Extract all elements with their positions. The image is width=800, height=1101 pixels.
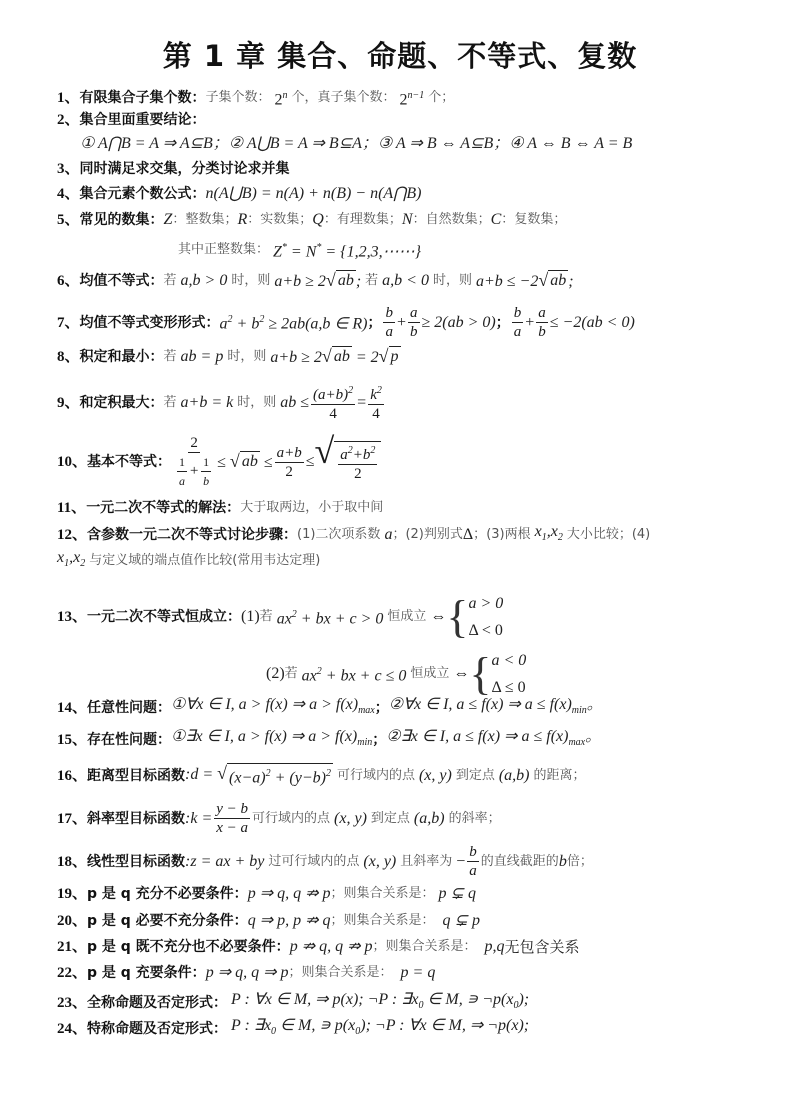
math: Z (164, 210, 173, 230)
item-heading: 集合里面重要结论： (80, 110, 206, 130)
item-13: 13、 一元二次不等式恒成立： (1)若 ax2 + bx + c > 0 恒成… (57, 590, 503, 644)
item-heading: 距离型目标函数 (87, 766, 185, 786)
item-number: 21、 (57, 937, 87, 957)
item-number: 15、 (57, 730, 87, 750)
item-heading: 含参数一元二次不等式讨论步骤： (87, 525, 297, 545)
math: 2n−1 (396, 86, 429, 110)
item-number: 16、 (57, 766, 87, 786)
item-15: 15、 存在性问题： ①∃x ∈ I, a > f(x) ⇒ a > f(x)m… (57, 727, 601, 753)
item-text: 实数集 (260, 210, 299, 230)
item-text: 个，真子集个数： (292, 88, 396, 108)
item-text: 整数集 (185, 210, 224, 230)
item-2-formula: ① A⋂B = A ⇒ A⊆B；② A⋃B = A ⇒ B⊆A；③ A ⇒ B … (80, 134, 632, 154)
item-11: 11、 一元二次不等式的解法： 大于取两边，小于取中间 (57, 498, 383, 518)
item-7: 7、 均值不等式变形形式： a2 + b2 ≥ 2ab(a,b ∈ R)； ba… (57, 304, 635, 341)
item-heading: 全称命题及否定形式： (87, 993, 227, 1013)
item-text: 其中正整数集： (178, 240, 269, 260)
math: a2 + b2 ≥ 2ab(a,b ∈ R) (220, 310, 368, 334)
item-heading: p 是 q 既不充分也不必要条件： (87, 937, 290, 957)
item-heading: 均值不等式变形形式： (80, 313, 220, 333)
item-number: 4、 (57, 184, 80, 204)
item-4: 4、 集合元素个数公式： n(A⋃B) = n(A) + n(B) − n(A⋂… (57, 184, 421, 204)
item-number: 5、 (57, 210, 80, 230)
item-number: 17、 (57, 809, 87, 829)
item-number: 6、 (57, 271, 80, 291)
math: n(A⋃B) = n(A) + n(B) − n(A⋂B) (206, 184, 422, 204)
item-heading: p 是 q 充分不必要条件： (87, 884, 248, 904)
item-12: 12、 含参数一元二次不等式讨论步骤： (1)二次项系数 a； (2)判别式Δ；… (57, 522, 650, 548)
item-heading: 集合元素个数公式： (80, 184, 206, 204)
item-heading: 特称命题及否定形式： (87, 1019, 227, 1039)
item-heading: 存在性问题： (87, 730, 171, 750)
item-heading: p 是 q 充要条件： (87, 963, 206, 983)
item-text: 复数集 (514, 210, 553, 230)
item-number: 13、 (57, 607, 87, 627)
item-8: 8、 积定和最小： 若 ab = p 时，则 a+b ≥ 2√ab = 2√p (57, 346, 401, 368)
item-number: 24、 (57, 1019, 87, 1039)
item-number: 10、 (57, 452, 87, 472)
item-heading: 同时满足求交集，分类讨论求并集 (80, 159, 290, 179)
item-number: 11、 (57, 498, 86, 518)
item-number: 19、 (57, 884, 87, 904)
item-21: 21、 p 是 q 既不充分也不必要条件： p ⇏ q, q ⇏ p；则集合关系… (57, 937, 580, 957)
item-1: 1、 有限集合子集个数： 子集个数： 2n 个，真子集个数： 2n−1 个； (57, 86, 454, 110)
item-16: 16、 距离型目标函数 :d = √(x−a)2 + (y−b)2 可行域内的点… (57, 763, 586, 788)
item-2: 2、 集合里面重要结论： (57, 110, 206, 130)
item-14: 14、 任意性问题： ①∀x ∈ I, a > f(x) ⇒ a > f(x)m… (57, 695, 603, 721)
item-19: 19、 p 是 q 充分不必要条件： p ⇒ q, q ⇏ p；则集合关系是： … (57, 884, 476, 904)
item-23: 23、 全称命题及否定形式： P : ∀x ∈ M, ⇒ p(x); ¬P : … (57, 990, 529, 1016)
item-heading: 基本不等式： (87, 452, 171, 472)
item-text: 与定义域的端点值作比较(常用韦达定理) (89, 551, 320, 571)
item-number: 23、 (57, 993, 87, 1013)
math: ① A⋂B = A ⇒ A⊆B；② A⋃B = A ⇒ B⊆A；③ A ⇒ B … (80, 134, 632, 154)
item-heading: 任意性问题： (87, 698, 171, 718)
item-number: 3、 (57, 159, 80, 179)
item-13-cont: (2)若 ax2 + bx + c ≤ 0 恒成立 ⇔ {a < 0Δ ≤ 0 (266, 647, 526, 701)
math: 2n (271, 86, 292, 110)
item-number: 8、 (57, 347, 80, 367)
item-number: 12、 (57, 525, 87, 545)
item-9: 9、 和定积最大： 若 a+b = k 时，则 ab ≤(a+b)24=k24 (57, 382, 386, 423)
item-text: 子集个数： (206, 88, 271, 108)
item-number: 9、 (57, 393, 80, 413)
math: R (237, 210, 247, 230)
item-heading: 线性型目标函数 (87, 852, 185, 872)
item-heading: p 是 q 必要不充分条件： (87, 911, 248, 931)
item-6: 6、 均值不等式： 若 a,b > 0 时，则 a+b ≥ 2√ab; 若 a,… (57, 270, 574, 292)
item-heading: 斜率型目标函数 (87, 809, 185, 829)
document-page: 第 1 章 集合、命题、不等式、复数 1、 有限集合子集个数： 子集个数： 2n… (0, 0, 800, 1101)
item-text: 自然数集 (426, 210, 478, 230)
item-number: 14、 (57, 698, 87, 718)
item-3: 3、 同时满足求交集，分类讨论求并集 (57, 159, 290, 179)
item-number: 7、 (57, 313, 80, 333)
item-number: 18、 (57, 852, 87, 872)
item-text: 有理数集 (337, 210, 389, 230)
item-10: 10、 基本不等式： 21a+1b ≤ √ab ≤ a+b2 ≤ √a2+b22 (57, 434, 381, 490)
item-heading: 均值不等式： (80, 271, 164, 291)
item-5: 5、 常见的数集： Z：整数集； R：实数集； Q：有理数集； N：自然数集； … (57, 210, 566, 230)
math: C (491, 210, 502, 230)
math: a,b > 0 (177, 271, 232, 291)
item-number: 1、 (57, 88, 80, 108)
page-title: 第 1 章 集合、命题、不等式、复数 (0, 34, 800, 75)
item-number: 22、 (57, 963, 87, 983)
math: Q (312, 210, 324, 230)
item-17: 17、 斜率型目标函数 :k =y − bx − a 可行域内的点 (x, y)… (57, 800, 501, 837)
item-24: 24、 特称命题及否定形式： P : ∃x0 ∈ M, ∍ p(x0); ¬P … (57, 1016, 529, 1042)
item-5-cont: 其中正整数集： Z* = N* = {1,2,3,⋯⋯} (178, 238, 421, 262)
item-heading: 有限集合子集个数： (80, 88, 206, 108)
math: N (402, 210, 413, 230)
item-heading: 和定积最大： (80, 393, 164, 413)
item-18: 18、 线性型目标函数 :z = ax + by 过可行域内的点 (x, y) … (57, 843, 593, 880)
item-number: 20、 (57, 911, 87, 931)
item-12-cont: x1,x2 与定义域的端点值作比较(常用韦达定理) (57, 548, 320, 574)
item-number: 2、 (57, 110, 80, 130)
item-heading: 积定和最小： (80, 347, 164, 367)
math: Z* = N* = {1,2,3,⋯⋯} (269, 238, 421, 262)
item-20: 20、 p 是 q 必要不充分条件： q ⇒ p, p ⇏ q；则集合关系是： … (57, 911, 480, 931)
item-heading: 一元二次不等式的解法： (86, 498, 240, 518)
item-heading: 常见的数集： (80, 210, 164, 230)
item-text: 个； (428, 88, 454, 108)
item-text: 大于取两边，小于取中间 (240, 498, 383, 518)
item-heading: 一元二次不等式恒成立： (87, 607, 241, 627)
item-22: 22、 p 是 q 充要条件： p ⇒ q, q ⇒ p；则集合关系是： p =… (57, 963, 435, 983)
